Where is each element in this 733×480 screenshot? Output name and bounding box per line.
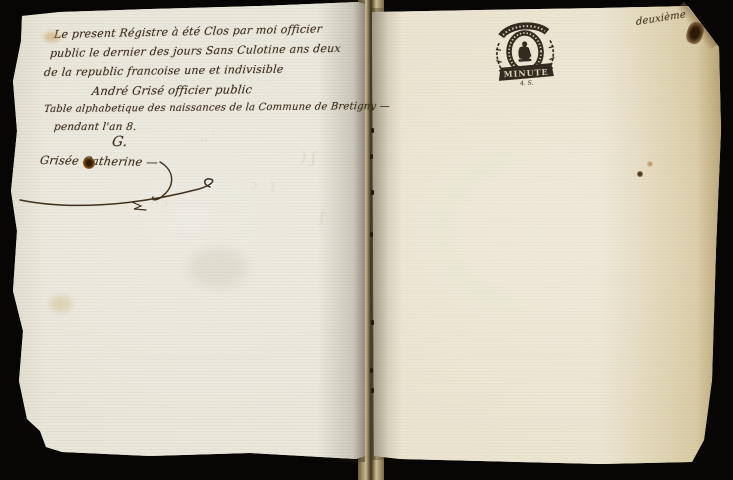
foxing-spot bbox=[637, 171, 643, 177]
stamp-band-label: MINUTE bbox=[503, 67, 548, 79]
paper-stain bbox=[44, 32, 60, 42]
gutter-shadow bbox=[318, 0, 365, 462]
ink-blot bbox=[83, 157, 95, 169]
stamp-sub-label: 4. S. bbox=[519, 80, 534, 88]
minute-stamp: MINUTE 4. S. bbox=[484, 13, 566, 89]
manuscript-signature: André Grisé officier public bbox=[91, 82, 253, 98]
paper-stain bbox=[188, 248, 248, 288]
gutter-shadow bbox=[372, 8, 402, 460]
paper-stain bbox=[50, 296, 72, 312]
stamp-banner: MINUTE bbox=[499, 64, 554, 81]
archival-scan: Le present Régistre à été Clos par moi o… bbox=[0, 0, 733, 480]
foxing-spot bbox=[647, 161, 653, 167]
table-note-line-2: pendant l'an 8. bbox=[53, 121, 137, 133]
signature-paraph bbox=[14, 156, 274, 214]
table-note-initial: G. bbox=[111, 134, 129, 150]
stamp-figure bbox=[518, 41, 532, 62]
